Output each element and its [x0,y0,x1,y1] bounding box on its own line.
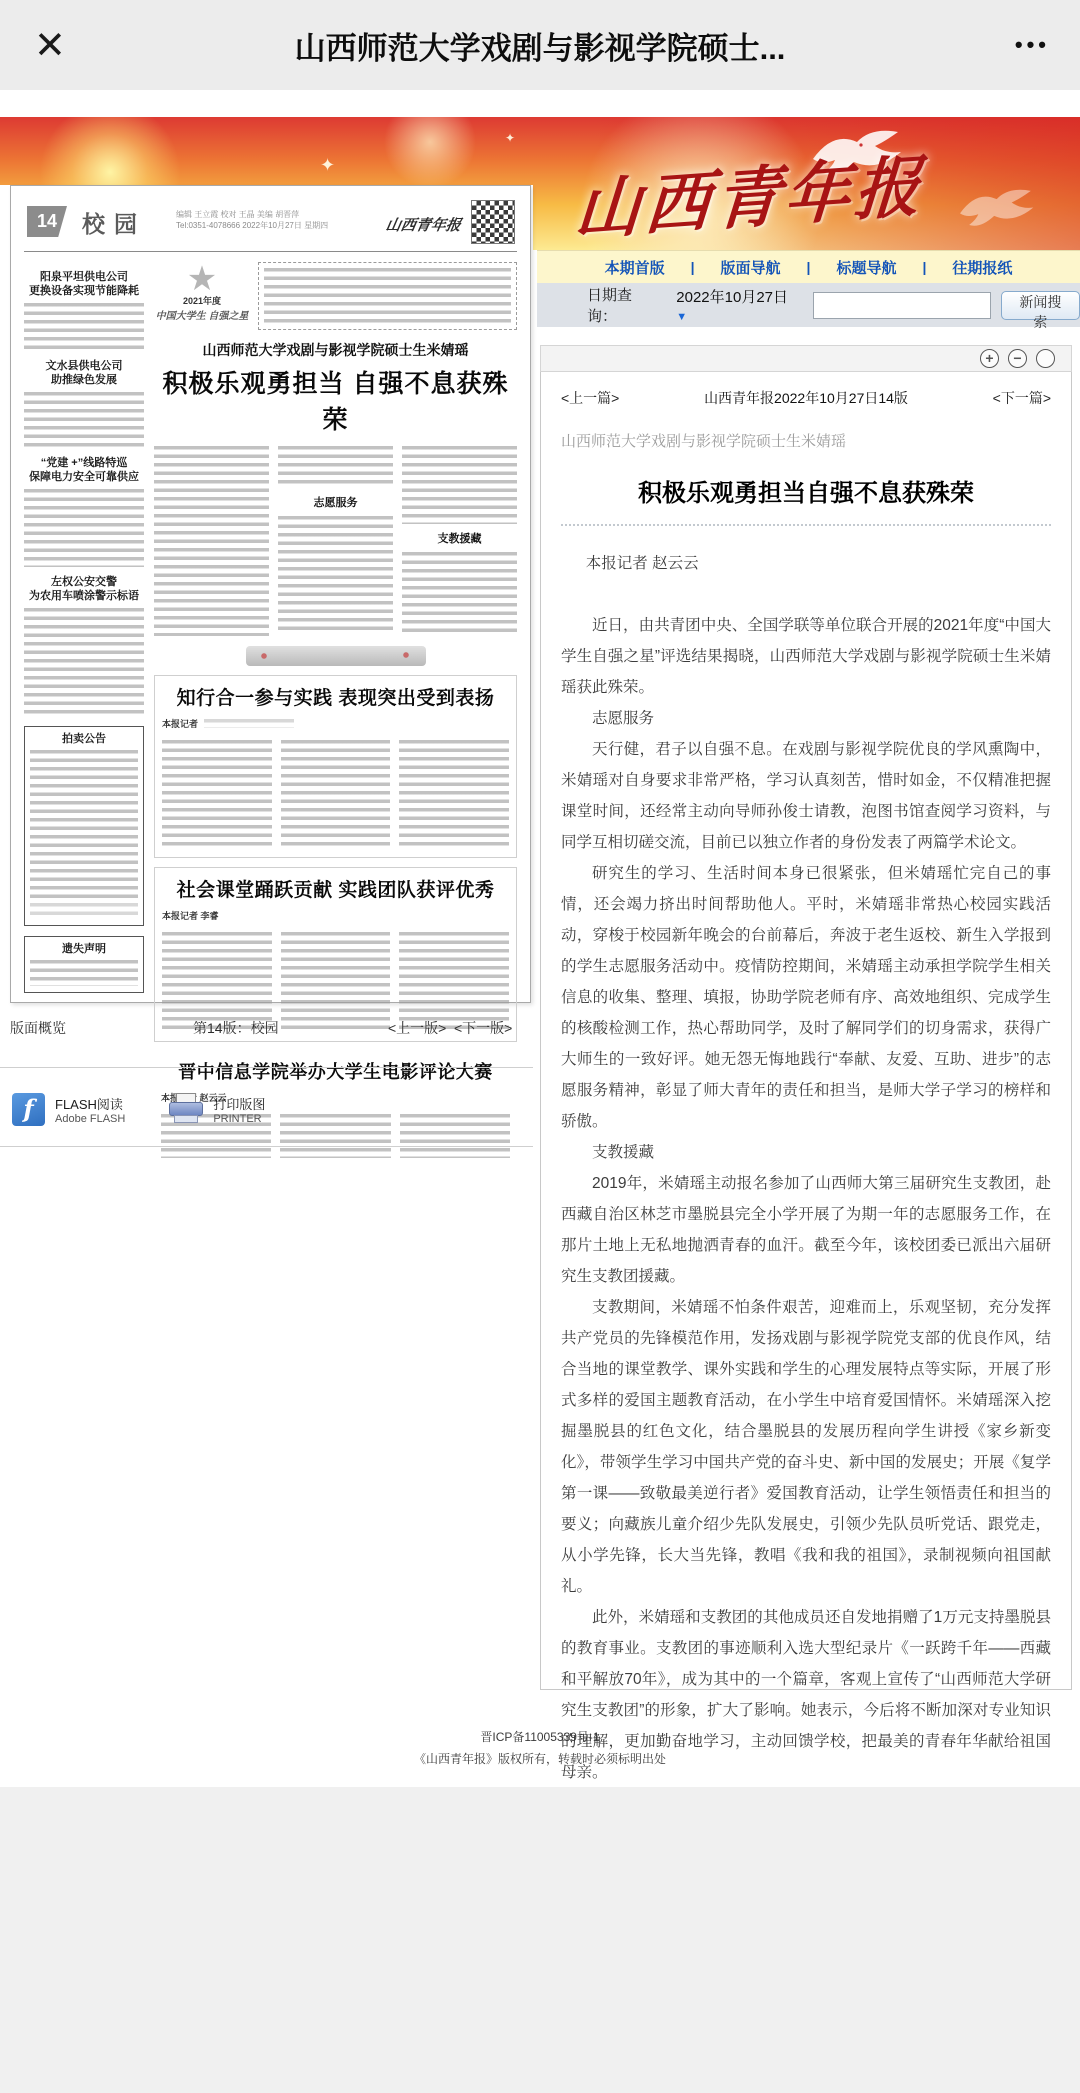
print-page-link[interactable]: 打印版图 PRINTER [213,1094,265,1125]
circle-icon[interactable] [1036,349,1055,368]
webview-page: ✕ 山西师范大学戏剧与影视学院硕士... ••• ✦ ✦ 山西青年报 本期首版 … [0,0,1080,2093]
icp-number: 晋ICP备11005339号-1 [0,1726,1080,1748]
np-left-headline: 左权公安交警为农用车喷涂警示标语 [24,575,144,603]
date-query-label: 日期查询： [587,284,658,326]
prev-article-link[interactable]: <上一篇> [561,388,619,408]
flash-reader-link[interactable]: FLASH阅读 Adobe FLASH [55,1094,125,1125]
np-notice-box: 遗失声明 [24,936,144,993]
newspaper-page-image[interactable]: 14 校园 编辑 王立霞 校对 王晶 美编 胡晋萍 Tel:0351-40786… [10,185,531,1003]
article-paragraph: 支教期间，米婧瑶不怕条件艰苦，迎难而上，乐观坚韧，充分发挥共产党员的先锋模范作用… [561,1292,1051,1602]
zoom-in-icon[interactable]: + [980,349,999,368]
more-menu-icon[interactable]: ••• [1015,32,1050,58]
reader-tools: f FLASH阅读 Adobe FLASH 打印版图 PRINTER [12,1085,532,1133]
self-strengthening-star-badge: ★ 2021年度 中国大学生 自强之星 [154,262,250,330]
issue-label: 山西青年报2022年10月27日14版 [619,388,992,408]
divider [0,1067,533,1068]
article-subhead: 支教援藏 [561,1137,1051,1168]
page-overview-link[interactable]: 版面概览 [10,1018,66,1038]
article-paragraph: 研究生的学习、生活时间本身已很紧张，但米婧瑶忙完自己的事情，还会竭力挤出时间帮助… [561,858,1051,1137]
current-page-label: 第14版：校园 [193,1018,279,1038]
copyright-text: 《山西青年报》版权所有，转载时必须标明出处 [0,1748,1080,1770]
np-note-text [258,262,517,330]
newspaper-page-number: 14 [27,206,67,237]
np-left-headline: “党建 +”线路特巡保障电力安全可靠供应 [24,456,144,484]
flash-icon[interactable]: f [12,1093,45,1126]
np-notice-box: 拍卖公告 [24,726,144,926]
site-nav: 本期首版 | 版面导航 | 标题导航 | 往期报纸 [537,250,1080,283]
article-paragraph: 近日，由共青团中央、全国学联等单位联合开展的2021年度“中国大学生自强之星”评… [561,610,1051,703]
dove-faded-icon [950,185,1040,235]
article-reporter: 本报记者 赵云云 [561,548,1051,579]
page-title: 山西师范大学戏剧与影视学院硕士... [0,23,1080,68]
nav-item-front-page[interactable]: 本期首版 [605,257,665,278]
article-paragraph: 天行健，君子以自强不息。在戏剧与影视学院优良的学风熏陶中，米婧瑶对自身要求非常严… [561,734,1051,858]
titlebar: ✕ 山西师范大学戏剧与影视学院硕士... ••• [0,0,1080,90]
np-main-columns: 志愿服务 支教援藏 [154,446,517,636]
chevron-down-icon[interactable]: ▼ [676,311,687,323]
sparkle-icon: ✦ [505,131,515,145]
np-left-headline: 阳泉平坦供电公司更换设备实现节能降耗 [24,270,144,298]
prev-page-link[interactable]: <上一版> [388,1018,446,1038]
decorative-graphic [246,646,426,666]
article-panel: <上一篇> 山西青年报2022年10月27日14版 <下一篇> 山西师范大学戏剧… [540,372,1072,1690]
np-main-headline: 积极乐观勇担当 自强不息获殊荣 [154,364,517,436]
qr-code-icon [471,200,515,244]
article-body: 本报记者 赵云云 近日，由共青团中央、全国学联等单位联合开展的2021年度“中国… [561,548,1051,1788]
date-select[interactable]: 2022年10月27日 ▼ [676,286,797,324]
newspaper-header: 14 校园 编辑 王立霞 校对 王晶 美编 胡晋萍 Tel:0351-40786… [24,206,517,252]
newspaper-section-title: 校园 [82,206,146,239]
np-editor-note: ★ 2021年度 中国大学生 自强之星 [154,262,517,330]
nav-separator: | [807,259,811,275]
star-icon: ★ [154,264,250,294]
date-query-bar: 日期查询： 2022年10月27日 ▼ 新闻搜索 [537,283,1080,327]
nav-item-page-guide[interactable]: 版面导航 [721,257,781,278]
newspaper-editors-line: 编辑 王立霞 校对 王晶 美编 胡晋萍 Tel:0351-4078666 202… [176,209,328,231]
site-footer: 晋ICP备11005339号-1 《山西青年报》版权所有，转载时必须标明出处 [0,1726,1080,1770]
article-toolbar: + − [540,345,1072,372]
np-subhead: 支教援藏 [402,530,517,546]
np-main-subtitle: 山西师范大学戏剧与影视学院硕士生米婧瑶 [154,340,517,360]
nav-item-title-guide[interactable]: 标题导航 [836,257,896,278]
np-left-headline: 文水县供电公司助推绿色发展 [24,359,144,387]
next-article-link[interactable]: <下一篇> [993,388,1051,408]
printer-icon[interactable] [169,1093,203,1126]
np-sub-article: 社会课堂踊跃贡献 实践团队获评优秀 本报记者 李睿 [154,867,517,1042]
article-pager: <上一篇> 山西青年报2022年10月27日14版 <下一篇> [561,388,1051,408]
bottom-gray-area [0,1787,1080,2093]
nav-separator: | [691,259,695,275]
next-page-link[interactable]: <下一版> [454,1018,512,1038]
sparkle-icon: ✦ [320,155,335,176]
divider [0,1146,533,1147]
np-subhead: 志愿服务 [278,494,393,510]
news-search-input[interactable] [813,292,991,319]
title-divider [561,524,1051,526]
banner-masthead-logo: 山西青年报 [572,132,928,252]
nav-separator: | [922,259,926,275]
article-subhead: 志愿服务 [561,703,1051,734]
article-title: 积极乐观勇担当自强不息获殊荣 [561,473,1051,508]
article-subtitle: 山西师范大学戏剧与影视学院硕士生米婧瑶 [561,430,1051,451]
newspaper-masthead: 山西青年报 [384,214,463,235]
zoom-out-icon[interactable]: − [1008,349,1027,368]
nav-item-past-issues[interactable]: 往期报纸 [952,257,1012,278]
article-paragraph: 2019年，米婧瑶主动报名参加了山西师大第三届研究生支教团，赴西藏自治区林芝市墨… [561,1168,1051,1292]
np-sub-article: 知行合一参与实践 表现突出受到表扬 本报记者 [154,675,517,858]
news-search-button[interactable]: 新闻搜索 [1001,291,1080,320]
